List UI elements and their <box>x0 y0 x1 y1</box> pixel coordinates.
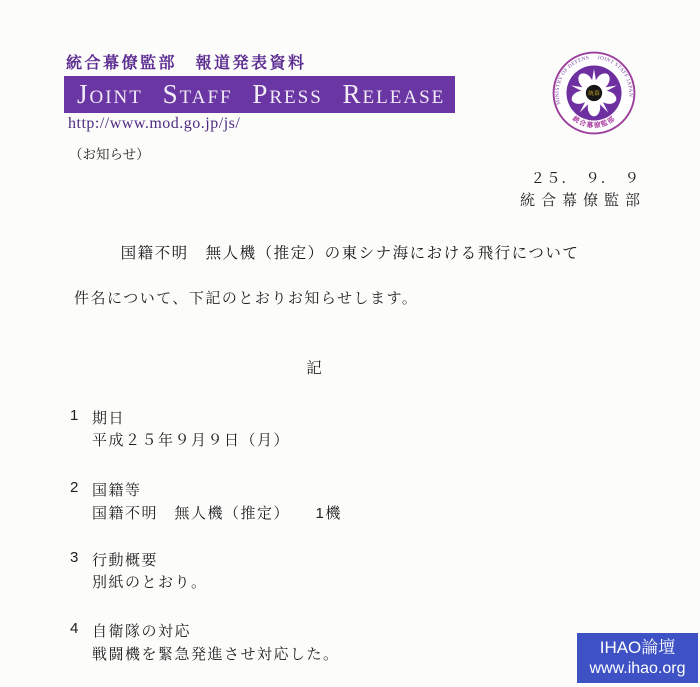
forum-watermark-badge: IHAO論壇 www.ihao.org <box>577 633 698 683</box>
mod-url-text: http://www.mod.go.jp/js/ <box>68 115 240 133</box>
item-1-number: 1 <box>70 407 78 424</box>
seal-center-kanji: 統幕 <box>588 89 600 97</box>
watermark-url: www.ihao.org <box>577 659 698 680</box>
banner-title: Joint Staff Press Release <box>64 81 445 108</box>
item-2-number: 2 <box>70 479 78 496</box>
item-2-body: 国籍不明 無人機（推定） 1機 <box>92 502 342 523</box>
lead-sentence: 件名について、下記のとおりお知らせします。 <box>74 287 418 308</box>
item-3-number: 3 <box>70 549 78 566</box>
notice-label: （お知らせ） <box>69 143 150 163</box>
item-3-heading: 行動概要 <box>92 549 158 570</box>
document-title: 国籍不明 無人機（推定）の東シナ海における飛行について <box>0 241 700 263</box>
record-marker: 記 <box>0 356 628 378</box>
release-date: ２５． ９． ９ <box>531 167 641 188</box>
issuer-name: 統合幕僚監部 <box>520 189 646 210</box>
item-4-heading: 自衛隊の対応 <box>92 620 191 641</box>
press-release-page: 統合幕僚監部 報道発表資料 Joint Staff Press Release … <box>0 0 700 687</box>
item-4-body: 戦闘機を緊急発進させ対応した。 <box>92 643 340 664</box>
item-1-body: 平成２５年９月９日（月） <box>92 429 290 450</box>
watermark-forum-name: IHAO論壇 <box>577 637 698 659</box>
item-4-number: 4 <box>70 620 78 637</box>
agency-header-line: 統合幕僚監部 報道発表資料 <box>66 50 307 73</box>
joint-staff-seal-icon: MINISTRY OF DEFENSE JOINT STAFF JAPAN 統幕… <box>551 50 637 136</box>
item-1-heading: 期日 <box>92 407 125 428</box>
item-3-body: 別紙のとおり。 <box>92 571 208 592</box>
press-release-banner: Joint Staff Press Release <box>64 76 455 113</box>
item-2-heading: 国籍等 <box>92 479 142 500</box>
